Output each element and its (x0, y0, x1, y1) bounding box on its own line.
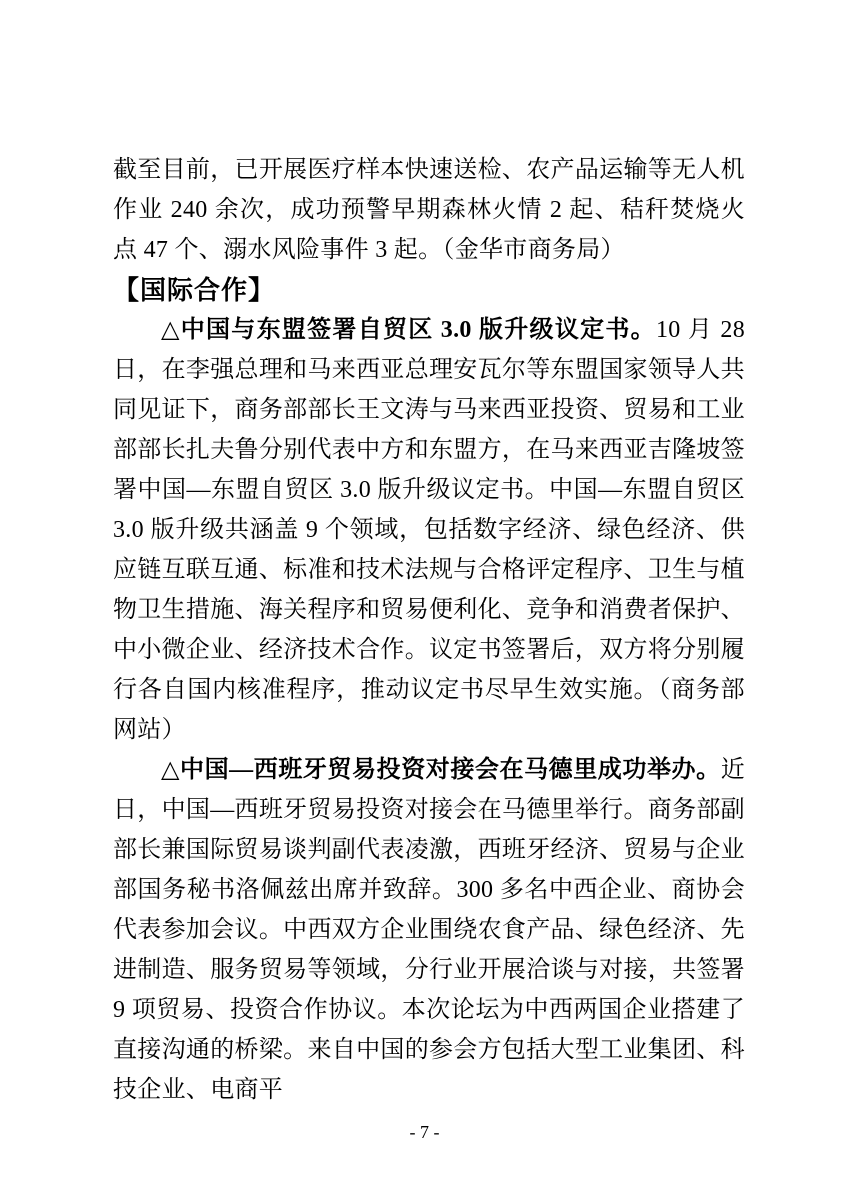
page-footer: - 7 - (0, 1120, 849, 1144)
page-body: 截至目前，已开展医疗样本快速送检、农产品运输等无人机作业 240 余次，成功预警… (113, 150, 745, 1110)
news-item-china-spain: △中国—西班牙贸易投资对接会在马德里成功举办。近日，中国—西班牙贸易投资对接会在… (113, 750, 745, 1110)
news-item-china-spain-body: 近日，中国—西班牙贸易投资对接会在马德里举行。商务部副部长兼国际贸易谈判副代表凌… (113, 757, 745, 1103)
paragraph-continuation: 截至目前，已开展医疗样本快速送检、农产品运输等无人机作业 240 余次，成功预警… (113, 150, 745, 270)
news-item-asean-fta: △中国与东盟签署自贸区 3.0 版升级议定书。10 月 28 日，在李强总理和马… (113, 310, 745, 750)
section-heading-international-cooperation: 【国际合作】 (113, 270, 745, 310)
page-number: - 7 - (410, 1122, 440, 1142)
document-page: 截至目前，已开展医疗样本快速送检、农产品运输等无人机作业 240 余次，成功预警… (0, 0, 849, 1200)
news-item-china-spain-title: △中国—西班牙贸易投资对接会在马德里成功举办。 (161, 757, 721, 783)
news-item-asean-fta-body: 10 月 28 日，在李强总理和马来西亚总理安瓦尔等东盟国家领导人共同见证下，商… (113, 317, 745, 743)
news-item-asean-fta-title: △中国与东盟签署自贸区 3.0 版升级议定书。 (161, 317, 656, 343)
